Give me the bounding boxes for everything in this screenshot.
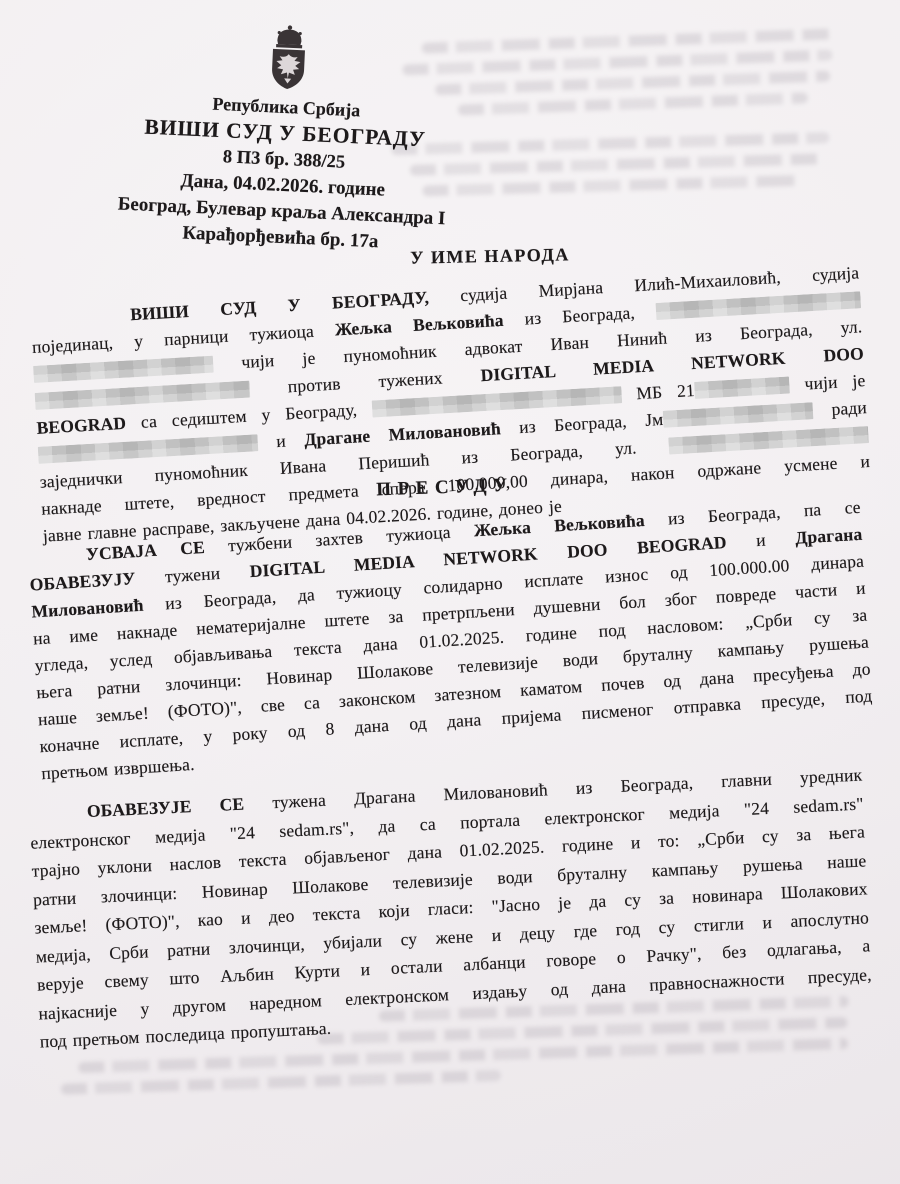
bleed-through-line: [78, 1038, 848, 1073]
text-segment: тужени: [135, 561, 251, 588]
redaction-block: [663, 402, 814, 428]
text-segment: Драгана: [795, 524, 863, 548]
bleed-through-line: [61, 1070, 501, 1095]
text-segment: BEOGRAD: [36, 413, 127, 438]
scanned-court-judgment-page: Република СрбијаВИШИ СУД У БЕОГРАДУ8 П3 …: [0, 0, 900, 1184]
serbia-coat-of-arms-icon: [258, 23, 319, 94]
redaction-block: [694, 376, 790, 398]
text-segment: ради: [812, 397, 867, 420]
text-segment: ОБАВЕЗУЈУ: [29, 568, 136, 594]
text-segment: и: [726, 528, 796, 552]
text-segment: УСВАЈА СЕ: [85, 537, 205, 564]
text-segment: МБ 21: [621, 380, 696, 404]
text-segment: и: [257, 430, 305, 453]
text-segment: чији је: [789, 370, 866, 394]
ruling-paragraph-damages: УСВАЈА СЕ тужбени захтев тужиоца Жељка В…: [27, 494, 874, 787]
text-segment: Миловановић: [31, 595, 144, 622]
court-header-lines: Република СрбијаВИШИ СУД У БЕОГРАДУ8 П3 …: [50, 85, 517, 262]
court-letterhead: Република СрбијаВИШИ СУД У БЕОГРАДУ8 П3 …: [50, 14, 520, 262]
text-segment: претњом извршења.: [41, 754, 195, 783]
text-segment: ОБАВЕЗУЈЕ СЕ: [87, 794, 245, 821]
